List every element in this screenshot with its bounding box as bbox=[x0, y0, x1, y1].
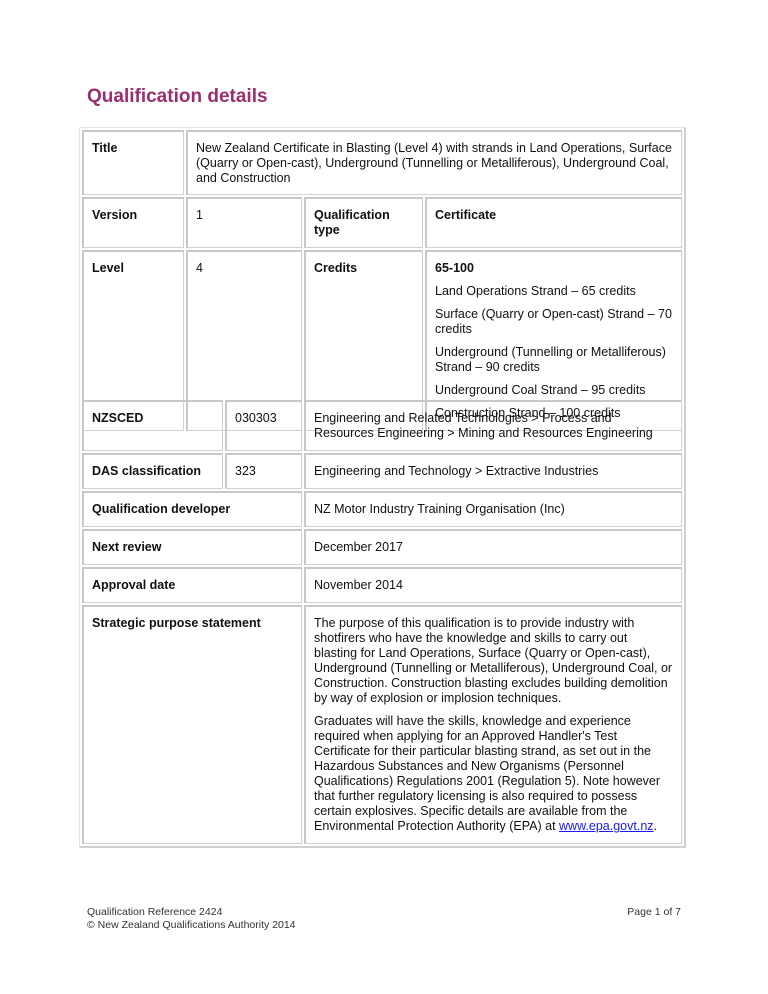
approval-date-value: November 2014 bbox=[304, 567, 682, 603]
nzsced-label: NZSCED bbox=[82, 400, 223, 451]
next-review-value: December 2017 bbox=[304, 529, 682, 565]
epa-link[interactable]: www.epa.govt.nz bbox=[559, 819, 654, 833]
version-value: 1 bbox=[186, 197, 302, 248]
sentence-end: . bbox=[654, 819, 657, 833]
qualification-type-label: Qualification type bbox=[304, 197, 423, 248]
developer-value: NZ Motor Industry Training Organisation … bbox=[304, 491, 682, 527]
next-review-row: Next review December 2017 bbox=[82, 529, 682, 565]
credits-strand: Underground Coal Strand – 95 credits bbox=[435, 383, 673, 398]
das-value: Engineering and Technology > Extractive … bbox=[304, 453, 682, 489]
version-label: Version bbox=[82, 197, 184, 248]
strategic-purpose-value: The purpose of this qualification is to … bbox=[304, 605, 682, 844]
approval-date-row: Approval date November 2014 bbox=[82, 567, 682, 603]
version-row: Version 1 Qualification type Certificate bbox=[82, 197, 682, 248]
credits-strand: Surface (Quarry or Open-cast) Strand – 7… bbox=[435, 307, 673, 337]
credits-value: 65-100 bbox=[435, 261, 673, 276]
approval-date-label: Approval date bbox=[82, 567, 302, 603]
qualification-details-table: NZSCED 030303 Engineering and Related Te… bbox=[79, 398, 686, 848]
nzsced-code: 030303 bbox=[225, 400, 302, 451]
qualification-reference: Qualification Reference 2424 bbox=[87, 906, 296, 919]
next-review-label: Next review bbox=[82, 529, 302, 565]
strategic-purpose-paragraph-1: The purpose of this qualification is to … bbox=[314, 616, 673, 706]
title-row: Title New Zealand Certificate in Blastin… bbox=[82, 130, 682, 195]
nzsced-value: Engineering and Related Technologies > P… bbox=[304, 400, 682, 451]
title-value: New Zealand Certificate in Blasting (Lev… bbox=[186, 130, 682, 195]
credits-strand: Land Operations Strand – 65 credits bbox=[435, 284, 673, 299]
page-number: Page 1 of 7 bbox=[627, 906, 681, 919]
strategic-purpose-label: Strategic purpose statement bbox=[82, 605, 302, 844]
strategic-purpose-paragraph-2: Graduates will have the skills, knowledg… bbox=[314, 714, 673, 834]
developer-row: Qualification developer NZ Motor Industr… bbox=[82, 491, 682, 527]
strategic-purpose-text: Graduates will have the skills, knowledg… bbox=[314, 714, 660, 833]
das-label: DAS classification bbox=[82, 453, 223, 489]
page-heading: Qualification details bbox=[87, 86, 268, 108]
nzsced-row: NZSCED 030303 Engineering and Related Te… bbox=[82, 400, 682, 451]
qualification-type-value: Certificate bbox=[425, 197, 682, 248]
strategic-purpose-row: Strategic purpose statement The purpose … bbox=[82, 605, 682, 844]
title-label: Title bbox=[82, 130, 184, 195]
copyright: © New Zealand Qualifications Authority 2… bbox=[87, 919, 296, 932]
footer-left: Qualification Reference 2424 © New Zeala… bbox=[87, 906, 296, 932]
das-code: 323 bbox=[225, 453, 302, 489]
credits-strand: Underground (Tunnelling or Metalliferous… bbox=[435, 345, 673, 375]
qualification-summary-table: Title New Zealand Certificate in Blastin… bbox=[79, 127, 686, 433]
das-row: DAS classification 323 Engineering and T… bbox=[82, 453, 682, 489]
developer-label: Qualification developer bbox=[82, 491, 302, 527]
